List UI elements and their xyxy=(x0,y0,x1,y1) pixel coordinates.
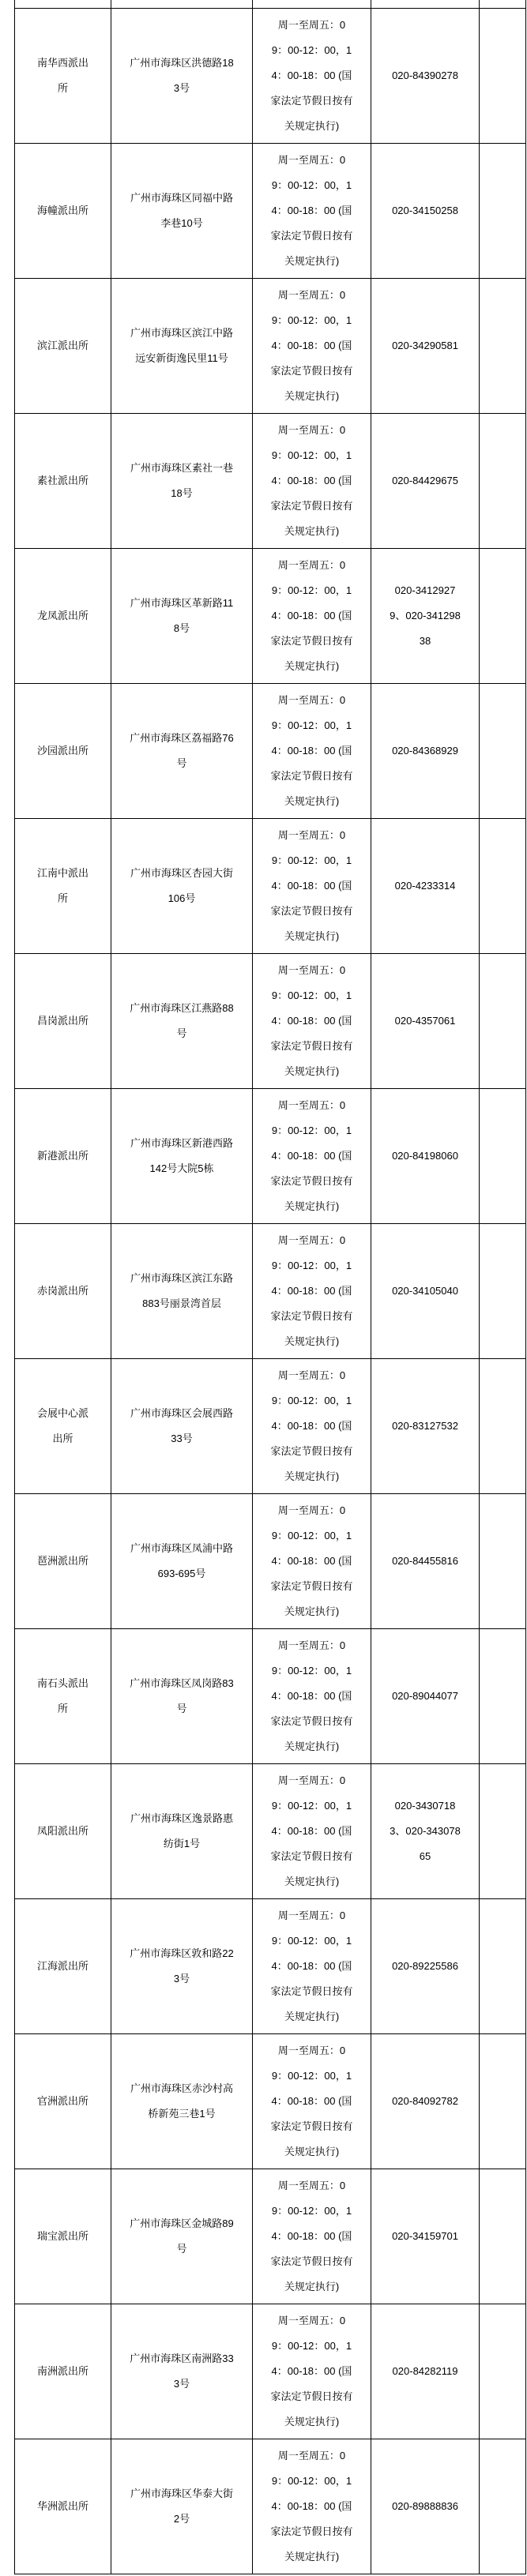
station-hours: 周一至周五：09：00-12：00，14：00-18：00 (国家法定节假日按有… xyxy=(253,2304,371,2439)
station-address: 广州市海珠区革新路118号 xyxy=(111,549,253,684)
station-phone: 020-89888836 xyxy=(371,2439,480,2574)
table-row: 江南中派出所 广州市海珠区杏园大街106号 周一至周五：09：00-12：00，… xyxy=(15,819,526,954)
table-row: 江海派出所 广州市海珠区敦和路223号 周一至周五：09：00-12：00，14… xyxy=(15,1899,526,2034)
station-hours: 周一至周五：09：00-12：00，14：00-18：00 (国家法定节假日按有… xyxy=(253,2034,371,2169)
empty-cell xyxy=(480,2304,526,2439)
empty-cell xyxy=(480,9,526,144)
station-hours: 周一至周五：09：00-12：00，14：00-18：00 (国家法定节假日按有… xyxy=(253,549,371,684)
table-row: 凤阳派出所 广州市海珠区逸景路惠纺街1号 周一至周五：09：00-12：00，1… xyxy=(15,1764,526,1899)
station-name: 滨江派出所 xyxy=(15,279,111,414)
empty-cell xyxy=(480,954,526,1089)
station-phone: 020-83127532 xyxy=(371,1359,480,1494)
station-hours: 周一至周五：09：00-12：00，14：00-18：00 (国家法定节假日按有… xyxy=(253,1899,371,2034)
station-name: 江海派出所 xyxy=(15,1899,111,2034)
station-address: 广州市海珠区荔福路76号 xyxy=(111,684,253,819)
table-row: 新港派出所 广州市海珠区新港西路142号大院5栋 周一至周五：09：00-12：… xyxy=(15,1089,526,1224)
empty-cell xyxy=(371,0,480,9)
station-name: 龙凤派出所 xyxy=(15,549,111,684)
empty-cell xyxy=(15,0,111,9)
empty-cell xyxy=(480,2169,526,2304)
station-address: 广州市海珠区金城路89号 xyxy=(111,2169,253,2304)
station-address: 广州市海珠区敦和路223号 xyxy=(111,1899,253,2034)
station-hours: 周一至周五：09：00-12：00，14：00-18：00 (国家法定节假日按有… xyxy=(253,2169,371,2304)
empty-cell xyxy=(480,1629,526,1764)
station-phone: 020-84282119 xyxy=(371,2304,480,2439)
station-hours: 周一至周五：09：00-12：00，14：00-18：00 (国家法定节假日按有… xyxy=(253,1359,371,1494)
station-address: 广州市海珠区洪德路183号 xyxy=(111,9,253,144)
table-row: 昌岗派出所 广州市海珠区江燕路88号 周一至周五：09：00-12：00，14：… xyxy=(15,954,526,1089)
station-address: 广州市海珠区逸景路惠纺街1号 xyxy=(111,1764,253,1899)
station-name: 官洲派出所 xyxy=(15,2034,111,2169)
station-phone: 020-89044077 xyxy=(371,1629,480,1764)
table-row: 龙凤派出所 广州市海珠区革新路118号 周一至周五：09：00-12：00，14… xyxy=(15,549,526,684)
station-phone: 020-34159701 xyxy=(371,2169,480,2304)
station-address: 广州市海珠区滨江中路远安新街逸民里11号 xyxy=(111,279,253,414)
police-station-table: 南华西派出所 广州市海珠区洪德路183号 周一至周五：09：00-12：00，1… xyxy=(14,0,526,2574)
station-hours: 周一至周五：09：00-12：00，14：00-18：00 (国家法定节假日按有… xyxy=(253,819,371,954)
empty-cell xyxy=(111,0,253,9)
station-phone: 020-34290581 xyxy=(371,279,480,414)
station-address: 广州市海珠区杏园大街106号 xyxy=(111,819,253,954)
station-address: 广州市海珠区滨江东路883号丽景湾首层 xyxy=(111,1224,253,1359)
station-name: 素社派出所 xyxy=(15,414,111,549)
station-address: 广州市海珠区会展西路33号 xyxy=(111,1359,253,1494)
station-address: 广州市海珠区素社一巷18号 xyxy=(111,414,253,549)
empty-cell xyxy=(480,1224,526,1359)
station-phone: 020-84198060 xyxy=(371,1089,480,1224)
station-hours: 周一至周五：09：00-12：00，14：00-18：00 (国家法定节假日按有… xyxy=(253,1764,371,1899)
station-phone: 020-84429675 xyxy=(371,414,480,549)
station-hours: 周一至周五：09：00-12：00，14：00-18：00 (国家法定节假日按有… xyxy=(253,144,371,279)
station-name: 新港派出所 xyxy=(15,1089,111,1224)
station-hours: 周一至周五：09：00-12：00，14：00-18：00 (国家法定节假日按有… xyxy=(253,1494,371,1629)
station-phone: 020-34129279、020-34129838 xyxy=(371,549,480,684)
empty-cell xyxy=(480,684,526,819)
station-address: 广州市海珠区同福中路李巷10号 xyxy=(111,144,253,279)
table-row: 官洲派出所 广州市海珠区赤沙村高桥新苑三巷1号 周一至周五：09：00-12：0… xyxy=(15,2034,526,2169)
station-address: 广州市海珠区赤沙村高桥新苑三巷1号 xyxy=(111,2034,253,2169)
station-phone: 020-4233314 xyxy=(371,819,480,954)
table-row: 素社派出所 广州市海珠区素社一巷18号 周一至周五：09：00-12：00，14… xyxy=(15,414,526,549)
station-hours: 周一至周五：09：00-12：00，14：00-18：00 (国家法定节假日按有… xyxy=(253,279,371,414)
empty-cell xyxy=(480,144,526,279)
station-phone: 020-89225586 xyxy=(371,1899,480,2034)
station-name: 江南中派出所 xyxy=(15,819,111,954)
station-address: 广州市海珠区凤岗路83号 xyxy=(111,1629,253,1764)
station-hours: 周一至周五：09：00-12：00，14：00-18：00 (国家法定节假日按有… xyxy=(253,954,371,1089)
empty-cell xyxy=(480,1089,526,1224)
station-name: 南华西派出所 xyxy=(15,9,111,144)
station-name: 会展中心派出所 xyxy=(15,1359,111,1494)
station-name: 沙园派出所 xyxy=(15,684,111,819)
empty-cell xyxy=(480,414,526,549)
table-row: 瑞宝派出所 广州市海珠区金城路89号 周一至周五：09：00-12：00，14：… xyxy=(15,2169,526,2304)
empty-cell xyxy=(480,0,526,9)
table-row-partial xyxy=(15,0,526,9)
station-phone: 020-34150258 xyxy=(371,144,480,279)
empty-cell xyxy=(480,2439,526,2574)
station-address: 广州市海珠区江燕路88号 xyxy=(111,954,253,1089)
table-row: 会展中心派出所 广州市海珠区会展西路33号 周一至周五：09：00-12：00，… xyxy=(15,1359,526,1494)
station-hours: 周一至周五：09：00-12：00，14：00-18：00 (国家法定节假日按有… xyxy=(253,1629,371,1764)
empty-cell xyxy=(480,549,526,684)
empty-cell xyxy=(253,0,371,9)
station-name: 海幢派出所 xyxy=(15,144,111,279)
station-hours: 周一至周五：09：00-12：00，14：00-18：00 (国家法定节假日按有… xyxy=(253,9,371,144)
table-row: 海幢派出所 广州市海珠区同福中路李巷10号 周一至周五：09：00-12：00，… xyxy=(15,144,526,279)
table-row: 滨江派出所 广州市海珠区滨江中路远安新街逸民里11号 周一至周五：09：00-1… xyxy=(15,279,526,414)
station-phone: 020-84455816 xyxy=(371,1494,480,1629)
empty-cell xyxy=(480,1359,526,1494)
station-phone: 020-34307183、020-34307865 xyxy=(371,1764,480,1899)
empty-cell xyxy=(480,279,526,414)
table-row: 南华西派出所 广州市海珠区洪德路183号 周一至周五：09：00-12：00，1… xyxy=(15,9,526,144)
station-name: 赤岗派出所 xyxy=(15,1224,111,1359)
table-row: 沙园派出所 广州市海珠区荔福路76号 周一至周五：09：00-12：00，14：… xyxy=(15,684,526,819)
table-row: 华洲派出所 广州市海珠区华泰大街2号 周一至周五：09：00-12：00，14：… xyxy=(15,2439,526,2574)
station-name: 凤阳派出所 xyxy=(15,1764,111,1899)
station-hours: 周一至周五：09：00-12：00，14：00-18：00 (国家法定节假日按有… xyxy=(253,1224,371,1359)
station-phone: 020-34105040 xyxy=(371,1224,480,1359)
empty-cell xyxy=(480,2034,526,2169)
table-row: 赤岗派出所 广州市海珠区滨江东路883号丽景湾首层 周一至周五：09：00-12… xyxy=(15,1224,526,1359)
station-phone: 020-84092782 xyxy=(371,2034,480,2169)
station-name: 华洲派出所 xyxy=(15,2439,111,2574)
table-row: 南洲派出所 广州市海珠区南洲路333号 周一至周五：09：00-12：00，14… xyxy=(15,2304,526,2439)
station-phone: 020-84368929 xyxy=(371,684,480,819)
station-name: 昌岗派出所 xyxy=(15,954,111,1089)
table-row: 琶洲派出所 广州市海珠区凤浦中路693-695号 周一至周五：09：00-12：… xyxy=(15,1494,526,1629)
station-hours: 周一至周五：09：00-12：00，14：00-18：00 (国家法定节假日按有… xyxy=(253,2439,371,2574)
station-phone: 020-4357061 xyxy=(371,954,480,1089)
station-address: 广州市海珠区南洲路333号 xyxy=(111,2304,253,2439)
station-name: 琶洲派出所 xyxy=(15,1494,111,1629)
police-station-directory-page: 南华西派出所 广州市海珠区洪德路183号 周一至周五：09：00-12：00，1… xyxy=(0,0,527,2576)
empty-cell xyxy=(480,1899,526,2034)
station-name: 瑞宝派出所 xyxy=(15,2169,111,2304)
station-hours: 周一至周五：09：00-12：00，14：00-18：00 (国家法定节假日按有… xyxy=(253,414,371,549)
station-address: 广州市海珠区凤浦中路693-695号 xyxy=(111,1494,253,1629)
empty-cell xyxy=(480,1494,526,1629)
station-address: 广州市海珠区华泰大街2号 xyxy=(111,2439,253,2574)
station-address: 广州市海珠区新港西路142号大院5栋 xyxy=(111,1089,253,1224)
empty-cell xyxy=(480,1764,526,1899)
empty-cell xyxy=(480,819,526,954)
station-hours: 周一至周五：09：00-12：00，14：00-18：00 (国家法定节假日按有… xyxy=(253,1089,371,1224)
table-row: 南石头派出所 广州市海珠区凤岗路83号 周一至周五：09：00-12：00，14… xyxy=(15,1629,526,1764)
station-name: 南石头派出所 xyxy=(15,1629,111,1764)
station-name: 南洲派出所 xyxy=(15,2304,111,2439)
station-hours: 周一至周五：09：00-12：00，14：00-18：00 (国家法定节假日按有… xyxy=(253,684,371,819)
station-phone: 020-84390278 xyxy=(371,9,480,144)
